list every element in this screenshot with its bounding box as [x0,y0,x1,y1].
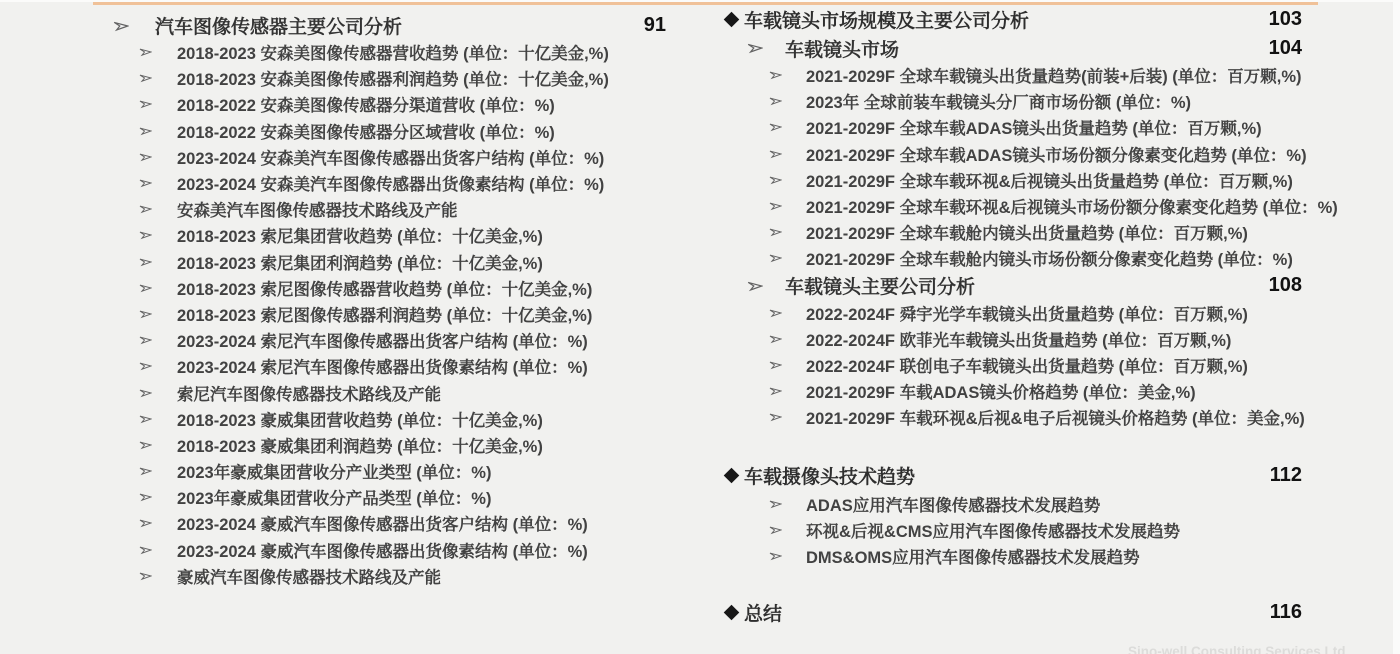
toc-entry-label: 2023-2024 安森美汽车图像传感器出货客户结构 (单位：%) [177,145,604,169]
toc-entry: 总结116 [723,597,1323,627]
toc-entry-label: 车载镜头主要公司分析 [785,272,975,299]
toc-left-column: 汽车图像传感器主要公司分析912018-2023 安森美图像传感器营收趋势 (单… [93,12,678,589]
toc-entry: 2018-2023 安森美图像传感器利润趋势 (单位：十亿美金,%) [93,65,678,91]
toc-entry-label: 2023-2024 索尼汽车图像传感器出货像素结构 (单位：%) [177,354,588,378]
toc-entry-label: 2023-2024 安森美汽车图像传感器出货像素结构 (单位：%) [177,171,604,195]
arrow-bullet-icon [139,571,152,581]
arrow-bullet-icon [769,386,782,396]
toc-entry: 2021-2029F 全球车载ADAS镜头市场份额分像素变化趋势 (单位：%) [723,141,1323,167]
toc-entry-label: 总结 [744,599,782,626]
toc-entry: 安森美汽车图像传感器技术路线及产能 [93,196,678,222]
toc-entry-label: 安森美汽车图像传感器技术路线及产能 [177,197,458,221]
toc-entry-label: 车载摄像头技术趋势 [744,462,915,489]
page-number: 108 [1269,274,1302,297]
toc-entry: 索尼汽车图像传感器技术路线及产能 [93,379,678,405]
arrow-bullet-icon [769,334,782,344]
toc-entry: 2021-2029F 车载环视&后视&电子后视镜头价格趋势 (单位：美金,%) [723,404,1323,430]
toc-entry-label: 2018-2023 索尼图像传感器利润趋势 (单位：十亿美金,%) [177,302,592,326]
toc-entry-label: DMS&OMS应用汽车图像传感器技术发展趋势 [806,544,1140,568]
footer-watermark-cutoff: Sino-well Consulting Services Ltd [1128,644,1398,654]
toc-entry: 2023年 全球前装车载镜头分厂商市场份额 (单位：%) [723,88,1323,114]
toc-entry: 2023年豪威集团营收分产业类型 (单位：%) [93,458,678,484]
toc-entry-label: 2021-2029F 全球车载镜头出货量趋势(前装+后装) (单位：百万颗,%) [806,63,1302,87]
toc-entry-label: 2022-2024F 欧菲光车载镜头出货量趋势 (单位：百万颗,%) [806,327,1231,351]
toc-entry-label: 2023-2024 豪威汽车图像传感器出货像素结构 (单位：%) [177,538,588,562]
toc-entry: ADAS应用汽车图像传感器技术发展趋势 [723,490,1323,516]
toc-entry: 2021-2029F 全球车载镜头出货量趋势(前装+后装) (单位：百万颗,%) [723,62,1323,88]
toc-entry: 车载摄像头技术趋势112 [723,460,1323,490]
toc-entry: 2021-2029F 全球车载ADAS镜头出货量趋势 (单位：百万颗,%) [723,114,1323,140]
toc-section: 车载镜头市场规模及主要公司分析103车载镜头市场1042021-2029F 全球… [723,4,1323,430]
toc-entry-label: 2021-2029F 全球车载环视&后视镜头市场份额分像素变化趋势 (单位：%) [806,194,1338,218]
toc-entry-label: 2023年豪威集团营收分产品类型 (单位：%) [177,485,491,509]
arrow-bullet-icon [769,412,782,422]
toc-entry: 2023-2024 索尼汽车图像传感器出货像素结构 (单位：%) [93,353,678,379]
toc-entry-label: 2021-2029F 全球车载ADAS镜头市场份额分像素变化趋势 (单位：%) [806,142,1307,166]
toc-entry-label: 2021-2029F 全球车载ADAS镜头出货量趋势 (单位：百万颗,%) [806,115,1262,139]
toc-entry: 2022-2024F 舜宇光学车载镜头出货量趋势 (单位：百万颗,%) [723,300,1323,326]
toc-entry-label: 2018-2023 豪威集团营收趋势 (单位：十亿美金,%) [177,407,543,431]
toc-right-column: 车载镜头市场规模及主要公司分析103车载镜头市场1042021-2029F 全球… [723,4,1323,627]
toc-entry: 豪威汽车图像传感器技术路线及产能 [93,563,678,589]
arrow-bullet-icon [139,361,152,371]
toc-entry-label: 2023年豪威集团营收分产业类型 (单位：%) [177,459,491,483]
toc-entry: 2018-2023 豪威集团利润趋势 (单位：十亿美金,%) [93,432,678,458]
toc-entry-label: 2018-2022 安森美图像传感器分区域营收 (单位：%) [177,119,555,143]
page-number: 112 [1270,464,1302,487]
toc-entry-label: 2018-2023 安森美图像传感器利润趋势 (单位：十亿美金,%) [177,66,609,90]
page-number: 116 [1270,601,1302,624]
toc-entry: 2021-2029F 全球车载舱内镜头市场份额分像素变化趋势 (单位：%) [723,245,1323,271]
arrow-bullet-icon [747,42,763,54]
toc-entry-label: 2023年 全球前装车载镜头分厂商市场份额 (单位：%) [806,89,1191,113]
arrow-bullet-icon [139,47,152,57]
toc-entry: 2018-2023 索尼集团营收趋势 (单位：十亿美金,%) [93,222,678,248]
toc-entry-label: 2022-2024F 联创电子车载镜头出货量趋势 (单位：百万颗,%) [806,353,1248,377]
arrow-bullet-icon [769,201,782,211]
toc-entry: 车载镜头市场规模及主要公司分析103 [723,4,1323,34]
toc-entry-label: 2018-2023 索尼集团营收趋势 (单位：十亿美金,%) [177,223,543,247]
toc-entry: 2022-2024F 联创电子车载镜头出货量趋势 (单位：百万颗,%) [723,352,1323,378]
arrow-bullet-icon [139,178,152,188]
toc-entry-label: 2018-2023 豪威集团利润趋势 (单位：十亿美金,%) [177,433,543,457]
arrow-bullet-icon [769,551,782,561]
toc-entry: 环视&后视&CMS应用汽车图像传感器技术发展趋势 [723,517,1323,543]
toc-entry-label: 2018-2022 安森美图像传感器分渠道营收 (单位：%) [177,92,555,116]
toc-entry: 2018-2023 索尼图像传感器利润趋势 (单位：十亿美金,%) [93,301,678,327]
page-number: 103 [1269,8,1302,31]
arrow-bullet-icon [139,257,152,267]
toc-entry: 2023-2024 豪威汽车图像传感器出货客户结构 (单位：%) [93,510,678,536]
toc-entry-label: 2021-2029F 车载ADAS镜头价格趋势 (单位：美金,%) [806,379,1196,403]
toc-entry: 2018-2023 索尼集团利润趋势 (单位：十亿美金,%) [93,249,678,275]
toc-entry: 汽车图像传感器主要公司分析91 [93,12,678,39]
arrow-bullet-icon [139,440,152,450]
toc-entry-label: 2023-2024 索尼汽车图像传感器出货客户结构 (单位：%) [177,328,588,352]
toc-entry-label: 2021-2029F 全球车载舱内镜头出货量趋势 (单位：百万颗,%) [806,220,1248,244]
arrow-bullet-icon [139,492,152,502]
arrow-bullet-icon [139,518,152,528]
toc-entry-label: ADAS应用汽车图像传感器技术发展趋势 [806,492,1100,516]
toc-entry: 2018-2023 索尼图像传感器营收趋势 (单位：十亿美金,%) [93,275,678,301]
arrow-bullet-icon [769,175,782,185]
toc-entry: DMS&OMS应用汽车图像传感器技术发展趋势 [723,543,1323,569]
right-edge-strip [1393,0,1400,654]
toc-entry: 2018-2023 安森美图像传感器营收趋势 (单位：十亿美金,%) [93,39,678,65]
toc-entry: 2023-2024 安森美汽车图像传感器出货客户结构 (单位：%) [93,144,678,170]
arrow-bullet-icon [139,283,152,293]
arrow-bullet-icon [769,122,782,132]
toc-entry: 车载镜头主要公司分析108 [723,272,1323,300]
toc-entry-label: 2018-2023 索尼图像传感器营收趋势 (单位：十亿美金,%) [177,276,592,300]
toc-entry: 2023-2024 豪威汽车图像传感器出货像素结构 (单位：%) [93,537,678,563]
toc-entry: 2018-2022 安森美图像传感器分区域营收 (单位：%) [93,118,678,144]
toc-section: 汽车图像传感器主要公司分析912018-2023 安森美图像传感器营收趋势 (单… [93,12,678,589]
toc-entry: 2021-2029F 全球车载舱内镜头出货量趋势 (单位：百万颗,%) [723,219,1323,245]
arrow-bullet-icon [769,227,782,237]
toc-entry: 2023年豪威集团营收分产品类型 (单位：%) [93,484,678,510]
toc-entry-label: 环视&后视&CMS应用汽车图像传感器技术发展趋势 [806,518,1180,542]
arrow-bullet-icon [139,152,152,162]
toc-entry-label: 索尼汽车图像传感器技术路线及产能 [177,381,441,405]
arrow-bullet-icon [139,204,152,214]
toc-entry: 车载镜头市场104 [723,34,1323,62]
toc-entry: 2023-2024 索尼汽车图像传感器出货客户结构 (单位：%) [93,327,678,353]
toc-entry: 2021-2029F 全球车载环视&后视镜头市场份额分像素变化趋势 (单位：%) [723,193,1323,219]
toc-entry-label: 车载镜头市场 [785,35,899,62]
arrow-bullet-icon [139,99,152,109]
page-number: 91 [644,14,666,37]
toc-entry-label: 汽车图像传感器主要公司分析 [155,12,402,39]
arrow-bullet-icon [113,20,129,32]
toc-entry-label: 2018-2023 索尼集团利润趋势 (单位：十亿美金,%) [177,250,543,274]
toc-entry-label: 2023-2024 豪威汽车图像传感器出货客户结构 (单位：%) [177,511,588,535]
arrow-bullet-icon [769,70,782,80]
toc-entry: 2021-2029F 车载ADAS镜头价格趋势 (单位：美金,%) [723,378,1323,404]
toc-entry-label: 2021-2029F 车载环视&后视&电子后视镜头价格趋势 (单位：美金,%) [806,405,1305,429]
toc-entry-label: 2022-2024F 舜宇光学车载镜头出货量趋势 (单位：百万颗,%) [806,301,1248,325]
toc-section: 车载摄像头技术趋势112ADAS应用汽车图像传感器技术发展趋势环视&后视&CMS… [723,460,1323,569]
arrow-bullet-icon [139,309,152,319]
arrow-bullet-icon [769,96,782,106]
arrow-bullet-icon [139,73,152,83]
toc-entry: 2022-2024F 欧菲光车载镜头出货量趋势 (单位：百万颗,%) [723,326,1323,352]
toc-entry-label: 2021-2029F 全球车载环视&后视镜头出货量趋势 (单位：百万颗,%) [806,168,1293,192]
diamond-icon [724,604,740,620]
toc-entry: 2018-2023 豪威集团营收趋势 (单位：十亿美金,%) [93,406,678,432]
diamond-icon [724,11,740,27]
toc-entry-label: 豪威汽车图像传感器技术路线及产能 [177,564,441,588]
page-number: 104 [1269,37,1302,60]
arrow-bullet-icon [139,230,152,240]
arrow-bullet-icon [139,414,152,424]
arrow-bullet-icon [769,253,782,263]
arrow-bullet-icon [769,149,782,159]
arrow-bullet-icon [139,545,152,555]
arrow-bullet-icon [769,308,782,318]
toc-entry-label: 车载镜头市场规模及主要公司分析 [744,6,1029,33]
arrow-bullet-icon [769,499,782,509]
arrow-bullet-icon [139,335,152,345]
toc-entry: 2021-2029F 全球车载环视&后视镜头出货量趋势 (单位：百万颗,%) [723,167,1323,193]
arrow-bullet-icon [139,126,152,136]
arrow-bullet-icon [139,388,152,398]
toc-section: 总结116 [723,597,1323,627]
arrow-bullet-icon [139,466,152,476]
toc-entry-label: 2018-2023 安森美图像传感器营收趋势 (单位：十亿美金,%) [177,40,609,64]
toc-entry-label: 2021-2029F 全球车载舱内镜头市场份额分像素变化趋势 (单位：%) [806,246,1293,270]
diamond-icon [724,468,740,484]
toc-entry: 2023-2024 安森美汽车图像传感器出货像素结构 (单位：%) [93,170,678,196]
arrow-bullet-icon [769,525,782,535]
arrow-bullet-icon [769,360,782,370]
arrow-bullet-icon [747,280,763,292]
toc-entry: 2018-2022 安森美图像传感器分渠道营收 (单位：%) [93,91,678,117]
